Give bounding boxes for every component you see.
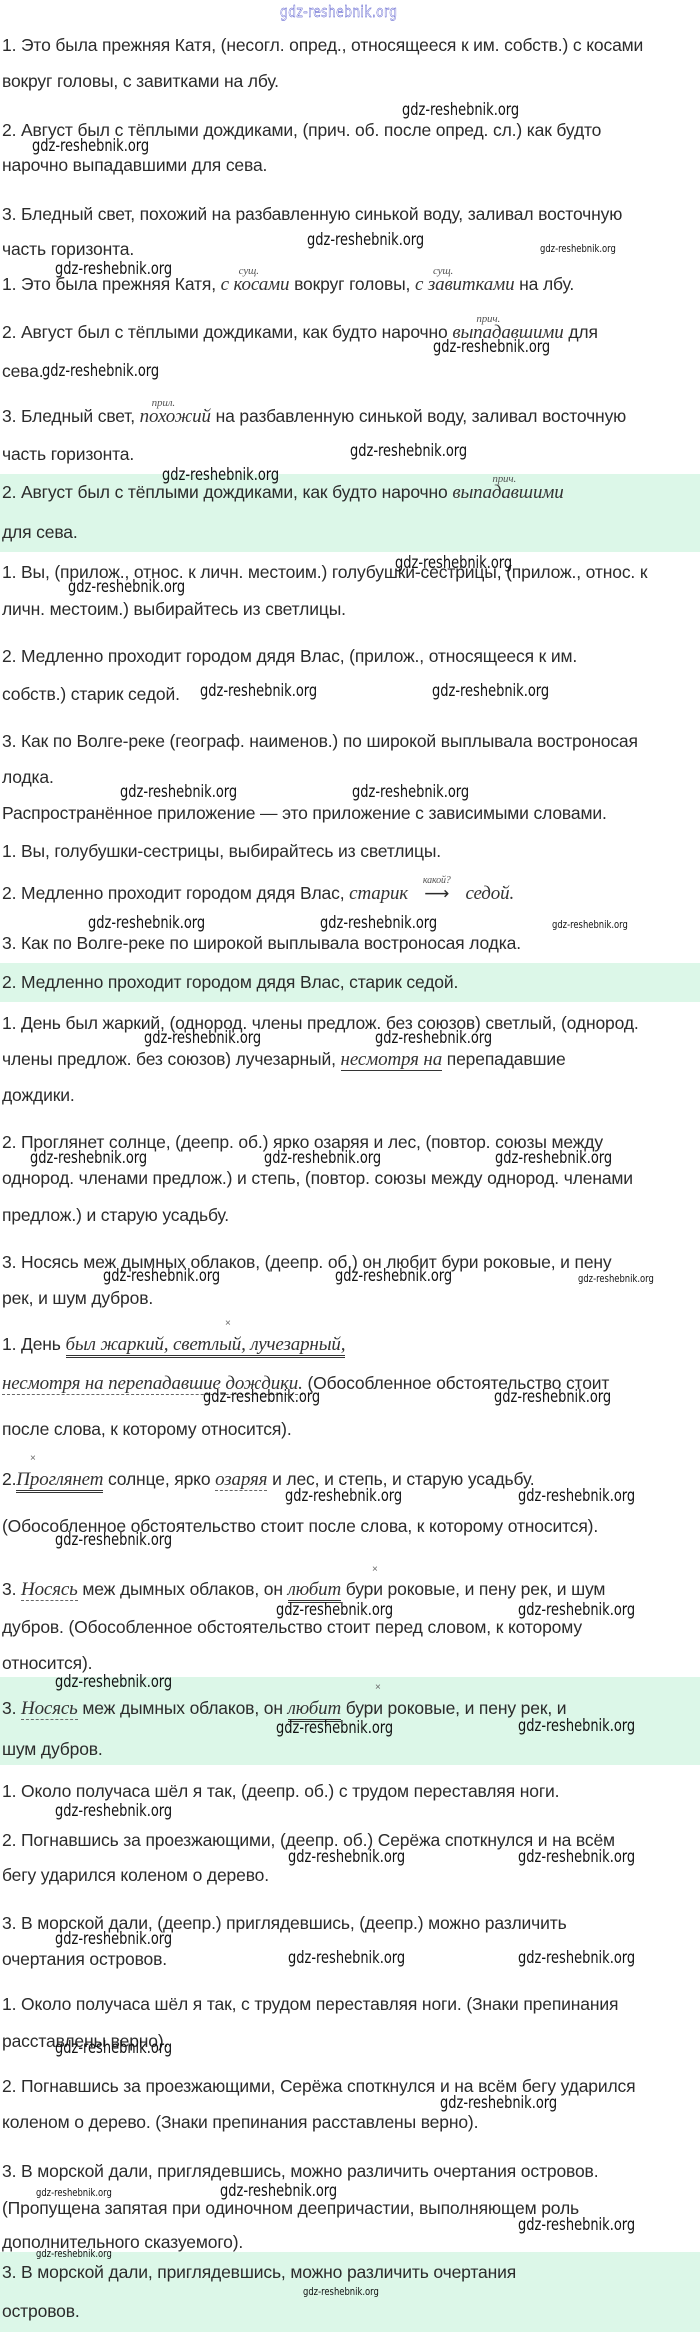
text-line: часть горизонта. — [2, 238, 134, 260]
text-line: дождики. — [2, 1084, 75, 1106]
text-line: Распространённое приложение — это прилож… — [2, 802, 607, 824]
answer-line: шум дубров. — [2, 1738, 103, 1760]
watermark: gdz-reshebnik.org — [55, 1672, 172, 1692]
watermark: gdz-reshebnik.org — [103, 1266, 220, 1286]
watermark: gdz-reshebnik.org — [264, 1148, 381, 1168]
text-fragment: члены предлож. без союзов) лучезарный, — [2, 1049, 336, 1069]
text-line: 3. Бледный свет, похожий на разбавленную… — [2, 203, 622, 225]
answer-line: 3. Носясь меж дымных облаков, он любит б… — [2, 1697, 566, 1720]
annotation-noun: сущ. — [239, 260, 259, 282]
text-fragment: 2. — [2, 1469, 16, 1489]
text-line: нарочно выпадавшими для сева. — [2, 154, 267, 176]
answer-line: 3. В морской дали, приглядевшись, можно … — [2, 2261, 516, 2283]
watermark: gdz-reshebnik.org — [375, 1028, 492, 1048]
adverbial-underlined: озаряя — [215, 1469, 267, 1491]
answer-line: островов. — [2, 2300, 80, 2322]
watermark: gdz-reshebnik.org — [518, 1948, 635, 1968]
text-line: очертания островов. — [2, 1948, 167, 1970]
site-watermark-header: gdz-reshebnik.org — [280, 2, 397, 21]
watermark: gdz-reshebnik.org — [352, 782, 469, 802]
cross-mark-icon: × — [225, 1318, 231, 1329]
text-line: 3. Бледный свет, похожийприл. на разбавл… — [2, 405, 626, 428]
watermark: gdz-reshebnik.org — [518, 2215, 635, 2235]
watermark: gdz-reshebnik.org — [144, 1028, 261, 1048]
watermark: gdz-reshebnik.org — [518, 1716, 635, 1736]
watermark: gdz-reshebnik.org — [518, 1600, 635, 1620]
answer-line: для сева. — [2, 521, 78, 543]
predicate-underlined: Проглянет — [16, 1469, 103, 1493]
watermark: gdz-reshebnik.org — [395, 553, 512, 573]
italic-word: седой. — [465, 883, 514, 904]
watermark: gdz-reshebnik.org — [276, 1600, 393, 1620]
text-line: 3. Носясь меж дымных облаков, (деепр. об… — [2, 1251, 612, 1273]
watermark: gdz-reshebnik.org — [36, 2186, 112, 2199]
watermark: gdz-reshebnik.org — [432, 681, 549, 701]
watermark: gdz-reshebnik.org — [55, 1929, 172, 1949]
text-line: предлож.) и старую усадьбу. — [2, 1204, 229, 1226]
cross-mark-icon: × — [375, 1682, 381, 1693]
italic-phrase: похожийприл. — [140, 406, 211, 427]
text-line: 1. Это была прежняя Катя, (несогл. опред… — [2, 34, 643, 56]
arrow-label: какой? — [413, 870, 461, 892]
text-fragment: перепадавшие — [447, 1049, 566, 1069]
text-line: 2. Медленно проходит городом дядя Влас, … — [2, 645, 577, 667]
annotation-participle: прич. — [476, 308, 500, 330]
watermark: gdz-reshebnik.org — [540, 242, 616, 255]
text-fragment: 1. День — [2, 1334, 61, 1354]
watermark: gdz-reshebnik.org — [495, 1148, 612, 1168]
watermark: gdz-reshebnik.org — [518, 1847, 635, 1867]
text-fragment: на разбавленную синькой воду, заливал во… — [216, 406, 627, 426]
watermark: gdz-reshebnik.org — [303, 2285, 379, 2298]
text-fragment: солнце, ярко — [108, 1469, 210, 1489]
watermark: gdz-reshebnik.org — [440, 2093, 557, 2113]
watermark: gdz-reshebnik.org — [335, 1266, 452, 1286]
text-fragment: 2. Медленно проходит городом дядя Влас, — [2, 883, 344, 903]
text-fragment: 3. Бледный свет, — [2, 406, 135, 426]
watermark: gdz-reshebnik.org — [288, 1847, 405, 1867]
watermark: gdz-reshebnik.org — [276, 1718, 393, 1738]
text-line: 1. День был жаркий, (однород. члены пред… — [2, 1012, 639, 1034]
text-fragment: меж дымных облаков, он — [82, 1698, 282, 1718]
text-line: 1. День был жаркий, светлый, лучезарный, — [2, 1333, 345, 1356]
watermark: gdz-reshebnik.org — [55, 2038, 172, 2058]
text-line: 3. Как по Волге-реке (географ. наименов.… — [2, 730, 638, 752]
text-line: рек, и шум дубров. — [2, 1287, 153, 1309]
cross-mark-icon: × — [30, 1453, 36, 1464]
text-line: после слова, к которому относится). — [2, 1418, 292, 1440]
annotation-adjective: прил. — [152, 392, 175, 414]
annotation-participle: прич. — [492, 468, 516, 490]
text-fragment: 2. Август был с тёплыми дождиками, как б… — [2, 482, 448, 502]
watermark: gdz-reshebnik.org — [162, 465, 279, 485]
watermark: gdz-reshebnik.org — [88, 913, 205, 933]
cross-mark-icon: × — [372, 1564, 378, 1575]
predicate-underlined: был жаркий, светлый, лучезарный, — [66, 1334, 346, 1358]
annotation-noun: сущ. — [433, 260, 453, 282]
watermark: gdz-reshebnik.org — [433, 337, 550, 357]
watermark: gdz-reshebnik.org — [68, 577, 185, 597]
text-line: 3. Как по Волге-реке по широкой выплывал… — [2, 932, 521, 954]
watermark: gdz-reshebnik.org — [402, 100, 519, 120]
text-line: 2.Проглянет солнце, ярко озаряя и лес, и… — [2, 1468, 535, 1491]
text-fragment: бури роковые, и пену рек, и — [346, 1698, 567, 1718]
text-line: часть горизонта. — [2, 443, 134, 465]
text-line: относится). — [2, 1652, 92, 1674]
italic-word: старик — [349, 883, 408, 904]
watermark: gdz-reshebnik.org — [203, 1387, 320, 1407]
text-line: 2. Медленно проходит городом дядя Влас, … — [2, 882, 514, 905]
text-fragment: на лбу. — [519, 274, 574, 294]
arrow-icon: какой?⟶ — [413, 882, 461, 904]
watermark: gdz-reshebnik.org — [42, 361, 159, 381]
watermark: gdz-reshebnik.org — [55, 1801, 172, 1821]
text-line: лодка. — [2, 766, 54, 788]
watermark: gdz-reshebnik.org — [307, 230, 424, 250]
text-fragment: меж дымных облаков, он — [82, 1579, 282, 1599]
italic-phrase: с завиткамисущ. — [415, 274, 514, 295]
answer-line: 2. Медленно проходит городом дядя Влас, … — [2, 971, 458, 993]
text-fragment: 3. — [2, 1579, 16, 1599]
text-line: вокруг головы, с завитками на лбу. — [2, 70, 279, 92]
underlined-phrase: несмотря на — [341, 1049, 443, 1071]
text-line: 1. Около получаса шёл я так, (деепр. об.… — [2, 1780, 559, 1802]
watermark: gdz-reshebnik.org — [320, 913, 437, 933]
text-line: бегу ударился коленом о дерево. — [2, 1864, 269, 1886]
text-fragment: 3. — [2, 1698, 16, 1718]
watermark: gdz-reshebnik.org — [32, 136, 149, 156]
text-line: однород. членами предлож.) и степь, (пов… — [2, 1167, 633, 1189]
adverbial-underlined: Носясь — [21, 1579, 78, 1601]
text-line: члены предлож. без союзов) лучезарный, н… — [2, 1048, 566, 1071]
watermark: gdz-reshebnik.org — [30, 1148, 147, 1168]
text-line: коленом о дерево. (Знаки препинания расс… — [2, 2111, 478, 2133]
watermark: gdz-reshebnik.org — [220, 2181, 337, 2201]
watermark: gdz-reshebnik.org — [518, 1486, 635, 1506]
text-line: личн. местоим.) выбирайтесь из светлицы. — [2, 598, 346, 620]
watermark: gdz-reshebnik.org — [494, 1387, 611, 1407]
text-fragment: для — [568, 322, 597, 342]
text-line: 1. Вы, голубушки-сестрицы, выбирайтесь и… — [2, 840, 441, 862]
answer-line: 2. Август был с тёплыми дождиками, как б… — [2, 481, 564, 504]
watermark: gdz-reshebnik.org — [288, 1948, 405, 1968]
text-line: сева. — [2, 360, 43, 382]
text-fragment: бури роковые, и пену рек, и шум — [346, 1579, 606, 1599]
text-line: 3. Носясь меж дымных облаков, он любит б… — [2, 1578, 605, 1601]
watermark: gdz-reshebnik.org — [578, 1272, 654, 1285]
watermark: gdz-reshebnik.org — [350, 441, 467, 461]
text-line: 3. В морской дали, приглядевшись, можно … — [2, 2160, 598, 2182]
text-fragment: вокруг головы, — [294, 274, 410, 294]
watermark: gdz-reshebnik.org — [552, 918, 628, 931]
watermark: gdz-reshebnik.org — [120, 782, 237, 802]
italic-phrase: с косамисущ. — [221, 274, 290, 295]
italic-phrase: выпадавшимиприч. — [452, 482, 563, 503]
watermark: gdz-reshebnik.org — [36, 2247, 112, 2260]
watermark: gdz-reshebnik.org — [285, 1486, 402, 1506]
text-line: собств.) старик седой. — [2, 683, 180, 705]
text-line: 1. Около получаса шёл я так, с трудом пе… — [2, 1993, 618, 2015]
watermark: gdz-reshebnik.org — [55, 1530, 172, 1550]
watermark: gdz-reshebnik.org — [200, 681, 317, 701]
text-fragment: 2. Август был с тёплыми дождиками, как б… — [2, 322, 448, 342]
adverbial-underlined: Носясь — [21, 1698, 78, 1720]
watermark: gdz-reshebnik.org — [55, 259, 172, 279]
